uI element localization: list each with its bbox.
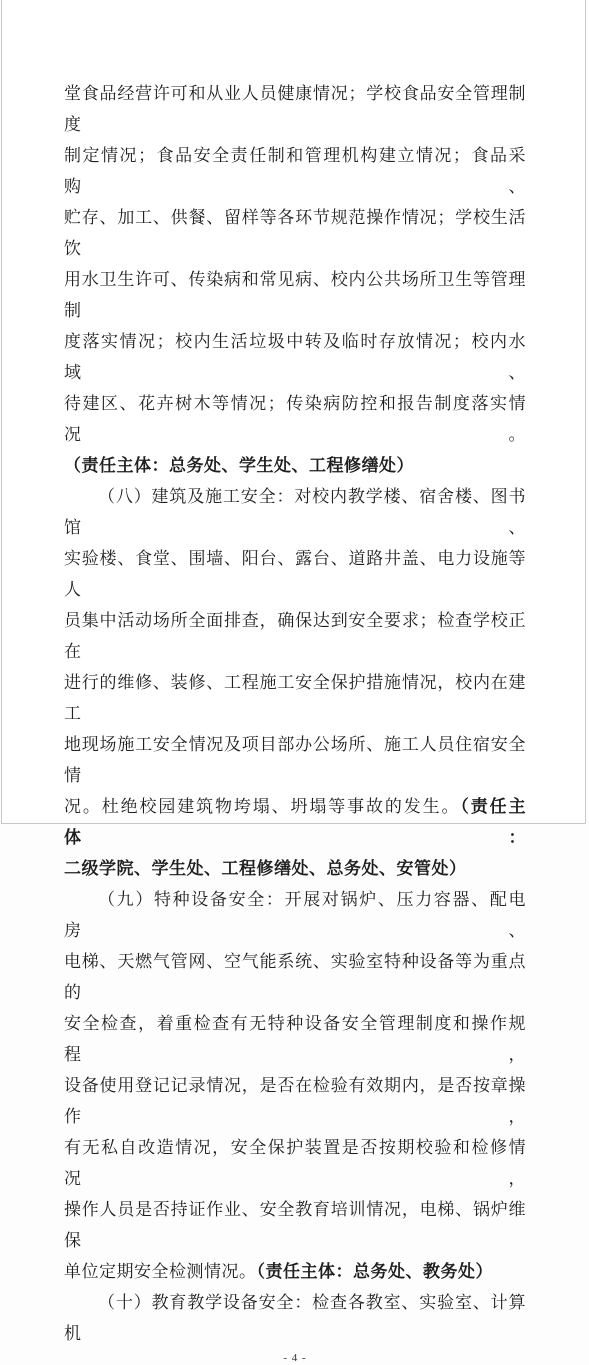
text-line: 待建区、花卉树木等情况；传染病防控和报告制度落实情况。 xyxy=(64,388,526,450)
text-line: 实验楼、食堂、围墙、阳台、露台、道路井盖、电力设施等人 xyxy=(64,543,526,605)
document-body: 堂食品经营许可和从业人员健康情况；学校食品安全管理制度制定情况；食品安全责任制和… xyxy=(64,78,526,831)
text-line: 堂食品经营许可和从业人员健康情况；学校食品安全管理制度 xyxy=(64,78,526,140)
text-segment: 进行的维修、装修、工程施工安全保护措施情况，校内在建工 xyxy=(64,673,526,723)
text-segment: （八）建筑及施工安全：对校内教学楼、宿舍楼、图书馆、 xyxy=(64,487,526,537)
text-line: 贮存、加工、供餐、留样等各环节规范操作情况；学校生活饮 xyxy=(64,202,526,264)
text-segment: 度落实情况；校内生活垃圾中转及临时存放情况；校内水域、 xyxy=(64,332,526,382)
text-segment: 用水卫生许可、传染病和常见病、校内公共场所卫生等管理制 xyxy=(64,270,526,320)
text-segment: 贮存、加工、供餐、留样等各环节规范操作情况；学校生活饮 xyxy=(64,208,526,258)
text-line: 用水卫生许可、传染病和常见病、校内公共场所卫生等管理制 xyxy=(64,264,526,326)
text-segment: 员集中活动场所全面排查，确保达到安全要求；检查学校正在 xyxy=(64,611,526,661)
text-line: （责任主体：总务处、学生处、工程修缮处） xyxy=(64,450,526,481)
text-segment: 实验楼、食堂、围墙、阳台、露台、道路井盖、电力设施等人 xyxy=(64,549,526,599)
text-segment: 待建区、花卉树木等情况；传染病防控和报告制度落实情况。 xyxy=(64,394,526,444)
text-segment: 况。杜绝校园建筑物垮塌、坍塌等事故的发生。 xyxy=(64,797,460,816)
text-segment: 地现场施工安全情况及项目部办公场所、施工人员住宿安全情 xyxy=(64,735,526,785)
document-content: 堂食品经营许可和从业人员健康情况；学校食品安全管理制度制定情况；食品安全责任制和… xyxy=(64,78,526,831)
text-segment: 堂食品经营许可和从业人员健康情况；学校食品安全管理制度 xyxy=(64,84,526,134)
text-line: 度落实情况；校内生活垃圾中转及临时存放情况；校内水域、 xyxy=(64,326,526,388)
text-line: 制定情况；食品安全责任制和管理机构建立情况；食品采购、 xyxy=(64,140,526,202)
text-line: （八）建筑及施工安全：对校内教学楼、宿舍楼、图书馆、 xyxy=(64,481,526,543)
text-line: 进行的维修、装修、工程施工安全保护措施情况，校内在建工 xyxy=(64,667,526,729)
text-line: 况。杜绝校园建筑物垮塌、坍塌等事故的发生。（责任主体： xyxy=(64,791,526,831)
responsibility-segment: （责任主体：总务处、学生处、工程修缮处） xyxy=(64,456,414,475)
text-line: 地现场施工安全情况及项目部办公场所、施工人员住宿安全情 xyxy=(64,729,526,791)
text-segment: 制定情况；食品安全责任制和管理机构建立情况；食品采购、 xyxy=(64,146,526,196)
text-line: 员集中活动场所全面排查，确保达到安全要求；检查学校正在 xyxy=(64,605,526,667)
